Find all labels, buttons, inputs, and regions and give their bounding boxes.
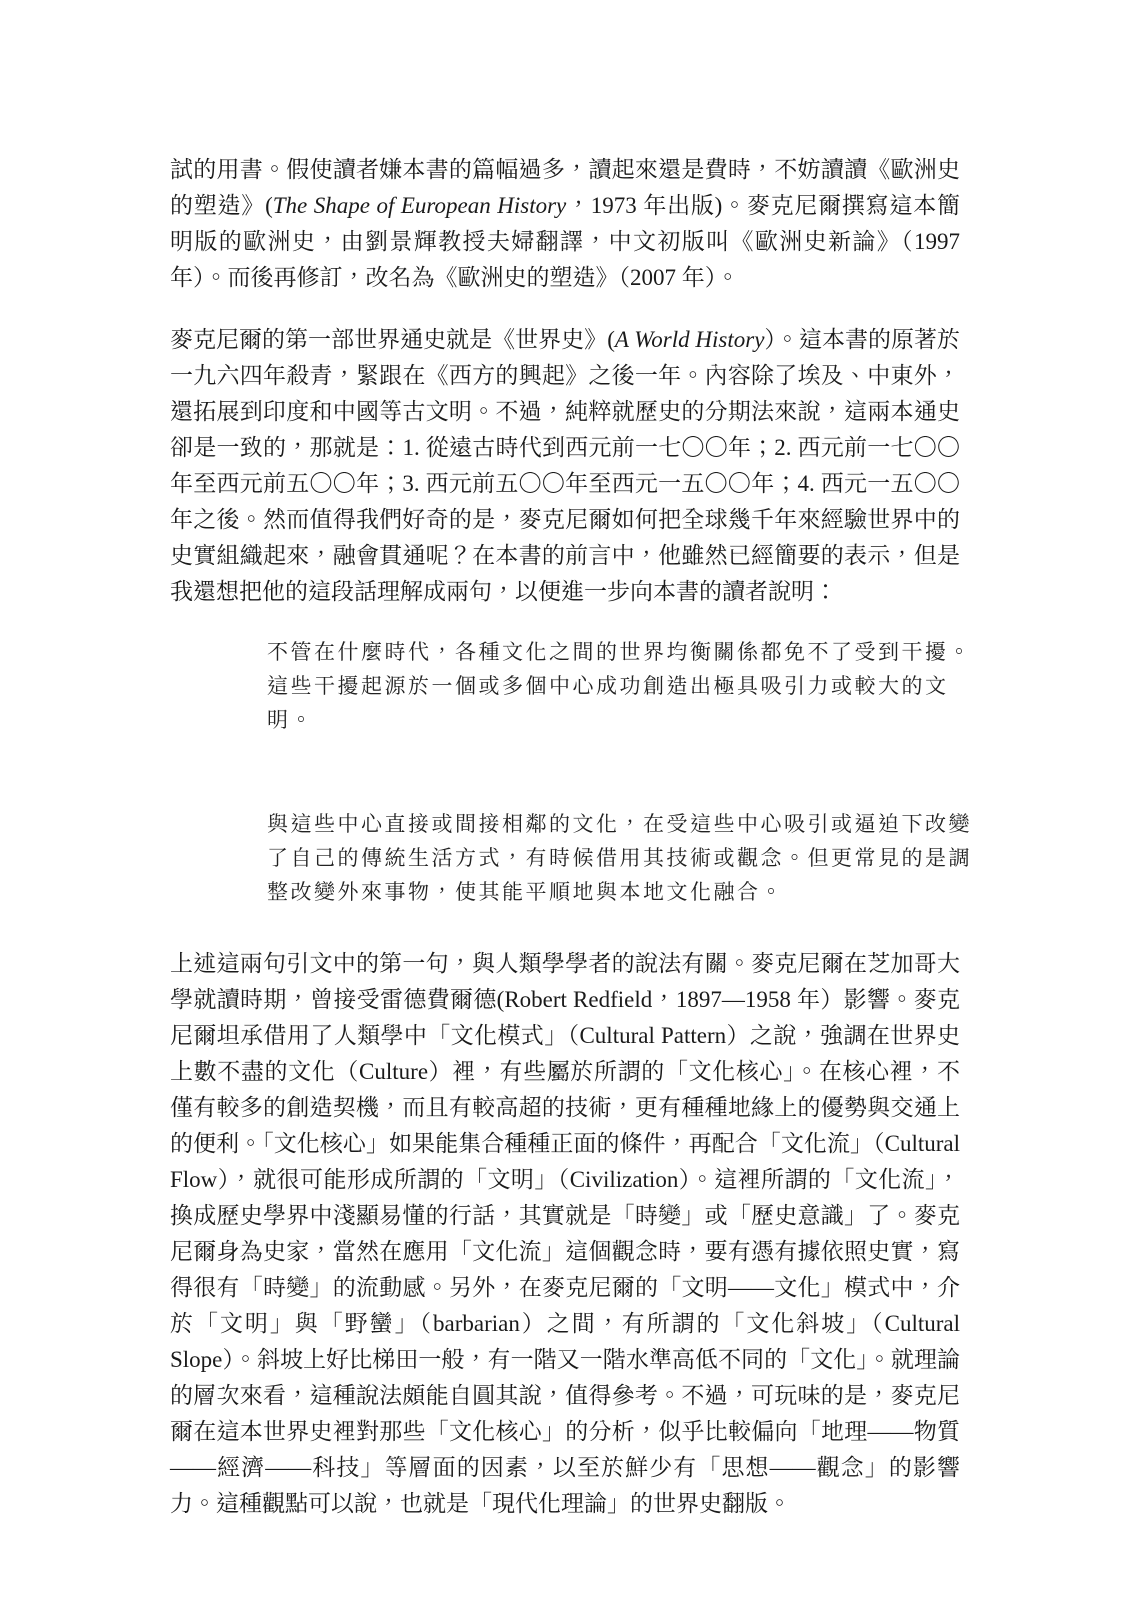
- quote-paragraph: 與這些中心直接或間接相鄰的文化，在受這些中心吸引或逼迫下改變了自己的傳統生活方式…: [267, 808, 979, 910]
- text-run: 不管在什麼時代，各種文化之間的世界均衡關係都免不了受到干擾。這些干擾起源於一個或…: [267, 641, 972, 732]
- text-run: ）。這本書的原著於一九六四年殺青，緊跟在《西方的興起》之後一年。內容除了埃及、中…: [170, 327, 960, 604]
- body-paragraph: 麥克尼爾的第一部世界通史就是《世界史》(A World History）。這本書…: [170, 322, 960, 610]
- body-paragraph: 試的用書。假使讀者嫌本書的篇幅過多，讀起來還是費時，不妨讀讀《歐洲史的塑造》(T…: [170, 152, 960, 296]
- quote-paragraph: 不管在什麼時代，各種文化之間的世界均衡關係都免不了受到干擾。這些干擾起源於一個或…: [267, 636, 979, 738]
- text-run: 麥克尼爾的第一部世界通史就是《世界史》(: [170, 327, 615, 352]
- document-content: 試的用書。假使讀者嫌本書的篇幅過多，讀起來還是費時，不妨讀讀《歐洲史的塑造》(T…: [170, 152, 960, 1548]
- body-paragraph: 上述這兩句引文中的第一句，與人類學學者的說法有關。麥克尼爾在芝加哥大學就讀時期，…: [170, 946, 960, 1522]
- text-run: A World History: [615, 327, 765, 352]
- document-page: 試的用書。假使讀者嫌本書的篇幅過多，讀起來還是費時，不妨讀讀《歐洲史的塑造》(T…: [0, 0, 1131, 1600]
- text-run: 上述這兩句引文中的第一句，與人類學學者的說法有關。麥克尼爾在芝加哥大學就讀時期，…: [170, 951, 960, 1516]
- text-run: The Shape of European History: [273, 193, 567, 218]
- text-run: 與這些中心直接或間接相鄰的文化，在受這些中心吸引或逼迫下改變了自己的傳統生活方式…: [267, 813, 972, 904]
